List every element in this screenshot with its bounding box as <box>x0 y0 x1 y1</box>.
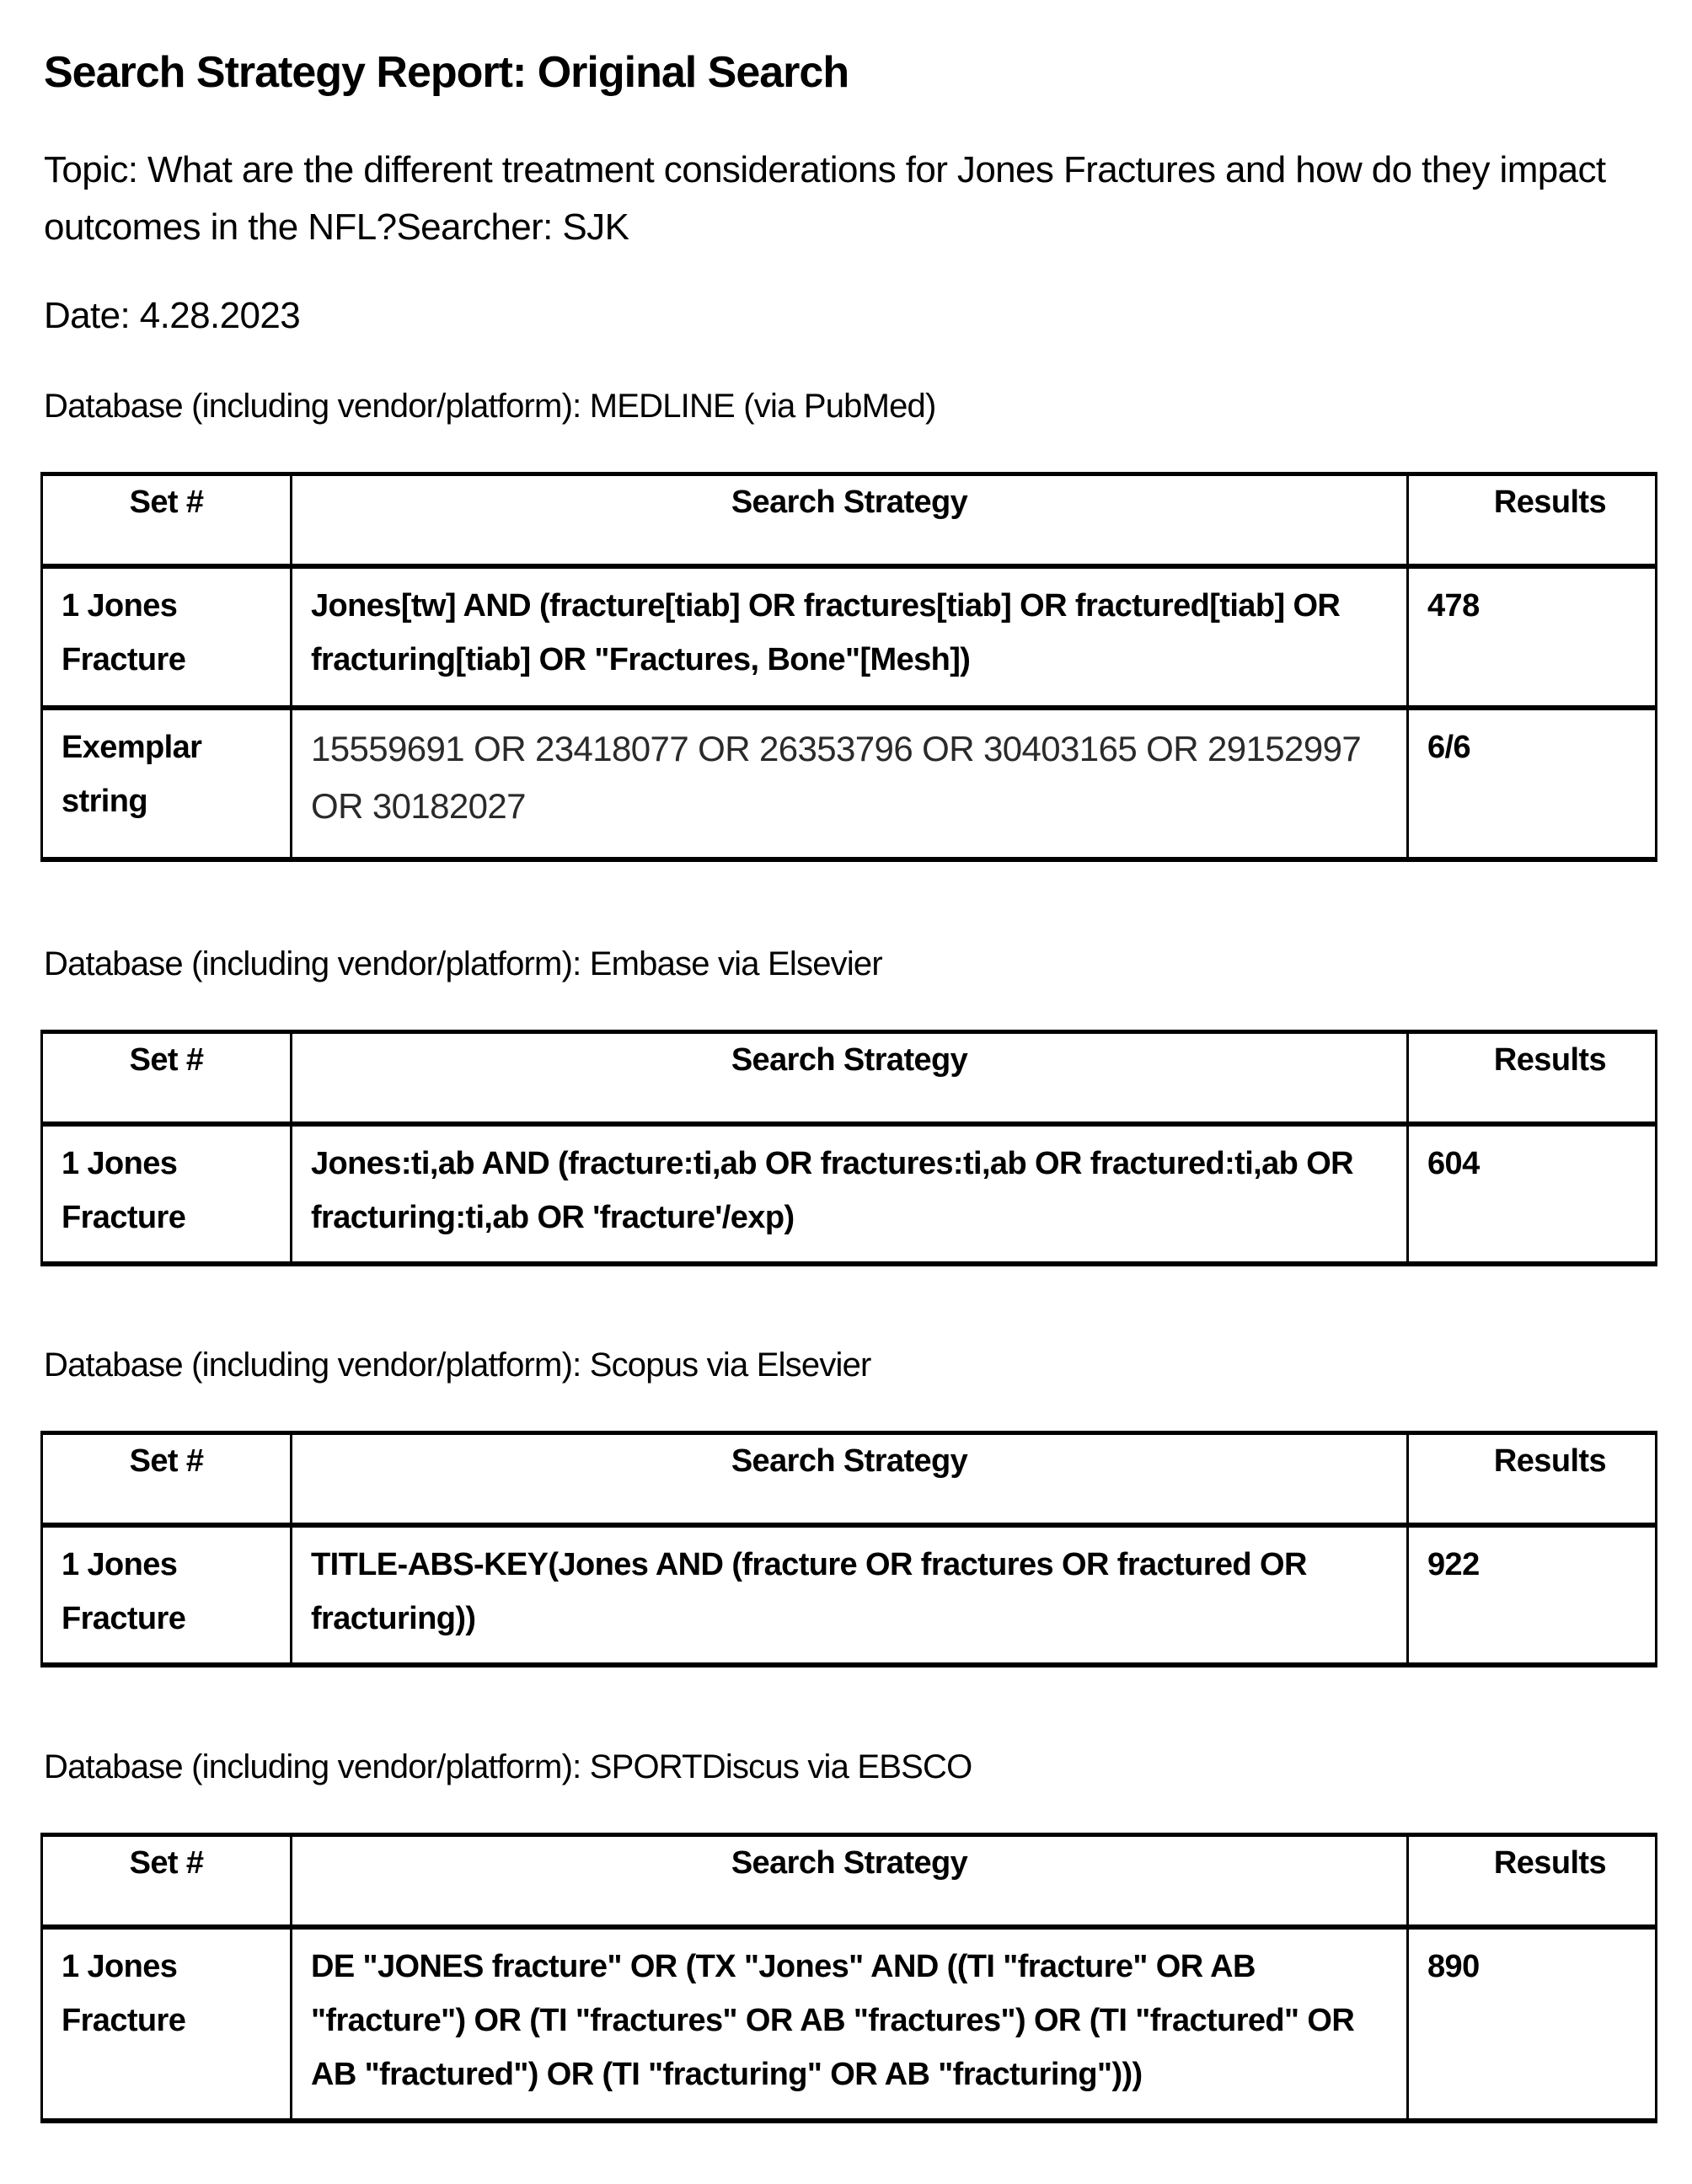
table-row: 1 Jones Fracture Jones:ti,ab AND (fractu… <box>42 1124 1657 1264</box>
set-cell: 1 Jones Fracture <box>42 566 292 708</box>
set-cell: 1 Jones Fracture <box>42 1927 292 2121</box>
embase-strategy-table: Set # Search Strategy Results 1 Jones Fr… <box>40 1030 1657 1266</box>
table-header-row: Set # Search Strategy Results <box>42 474 1657 567</box>
header-strategy: Search Strategy <box>292 1433 1408 1526</box>
database-label-sportdiscus: Database (including vendor/platform): SP… <box>44 1748 972 1786</box>
results-cell: 922 <box>1408 1525 1657 1665</box>
header-strategy: Search Strategy <box>292 474 1408 567</box>
table-header-row: Set # Search Strategy Results <box>42 1835 1657 1928</box>
medline-strategy-table: Set # Search Strategy Results 1 Jones Fr… <box>40 472 1657 862</box>
header-results: Results <box>1408 1433 1657 1526</box>
table-row: 1 Jones Fracture DE "JONES fracture" OR … <box>42 1927 1657 2121</box>
table-row: 1 Jones Fracture Jones[tw] AND (fracture… <box>42 566 1657 708</box>
database-label-medline: Database (including vendor/platform): ME… <box>44 388 936 426</box>
results-cell: 604 <box>1408 1124 1657 1264</box>
report-date: Date: 4.28.2023 <box>44 295 300 337</box>
header-strategy: Search Strategy <box>292 1032 1408 1125</box>
table-row: Exemplar string 15559691 OR 23418077 OR … <box>42 708 1657 859</box>
report-title: Search Strategy Report: Original Search <box>44 47 849 98</box>
strategy-cell: 15559691 OR 23418077 OR 26353796 OR 3040… <box>292 708 1408 859</box>
database-label-embase: Database (including vendor/platform): Em… <box>44 945 882 983</box>
set-cell: 1 Jones Fracture <box>42 1124 292 1264</box>
header-results: Results <box>1408 1032 1657 1125</box>
header-set: Set # <box>42 1835 292 1928</box>
sportdiscus-strategy-table: Set # Search Strategy Results 1 Jones Fr… <box>40 1833 1657 2123</box>
strategy-cell: Jones:ti,ab AND (fracture:ti,ab OR fract… <box>292 1124 1408 1264</box>
header-set: Set # <box>42 474 292 567</box>
results-cell: 890 <box>1408 1927 1657 2121</box>
header-set: Set # <box>42 1433 292 1526</box>
table-header-row: Set # Search Strategy Results <box>42 1433 1657 1526</box>
strategy-cell: DE "JONES fracture" OR (TX "Jones" AND (… <box>292 1927 1408 2121</box>
table-header-row: Set # Search Strategy Results <box>42 1032 1657 1125</box>
set-cell: 1 Jones Fracture <box>42 1525 292 1665</box>
set-cell: Exemplar string <box>42 708 292 859</box>
strategy-cell: Jones[tw] AND (fracture[tiab] OR fractur… <box>292 566 1408 708</box>
table-row: 1 Jones Fracture TITLE-ABS-KEY(Jones AND… <box>42 1525 1657 1665</box>
strategy-cell: TITLE-ABS-KEY(Jones AND (fracture OR fra… <box>292 1525 1408 1665</box>
header-results: Results <box>1408 1835 1657 1928</box>
scopus-strategy-table: Set # Search Strategy Results 1 Jones Fr… <box>40 1431 1657 1667</box>
header-set: Set # <box>42 1032 292 1125</box>
header-results: Results <box>1408 474 1657 567</box>
header-strategy: Search Strategy <box>292 1835 1408 1928</box>
results-cell: 6/6 <box>1408 708 1657 859</box>
database-label-scopus: Database (including vendor/platform): Sc… <box>44 1346 871 1384</box>
results-cell: 478 <box>1408 566 1657 708</box>
report-topic: Topic: What are the different treatment … <box>44 142 1645 256</box>
